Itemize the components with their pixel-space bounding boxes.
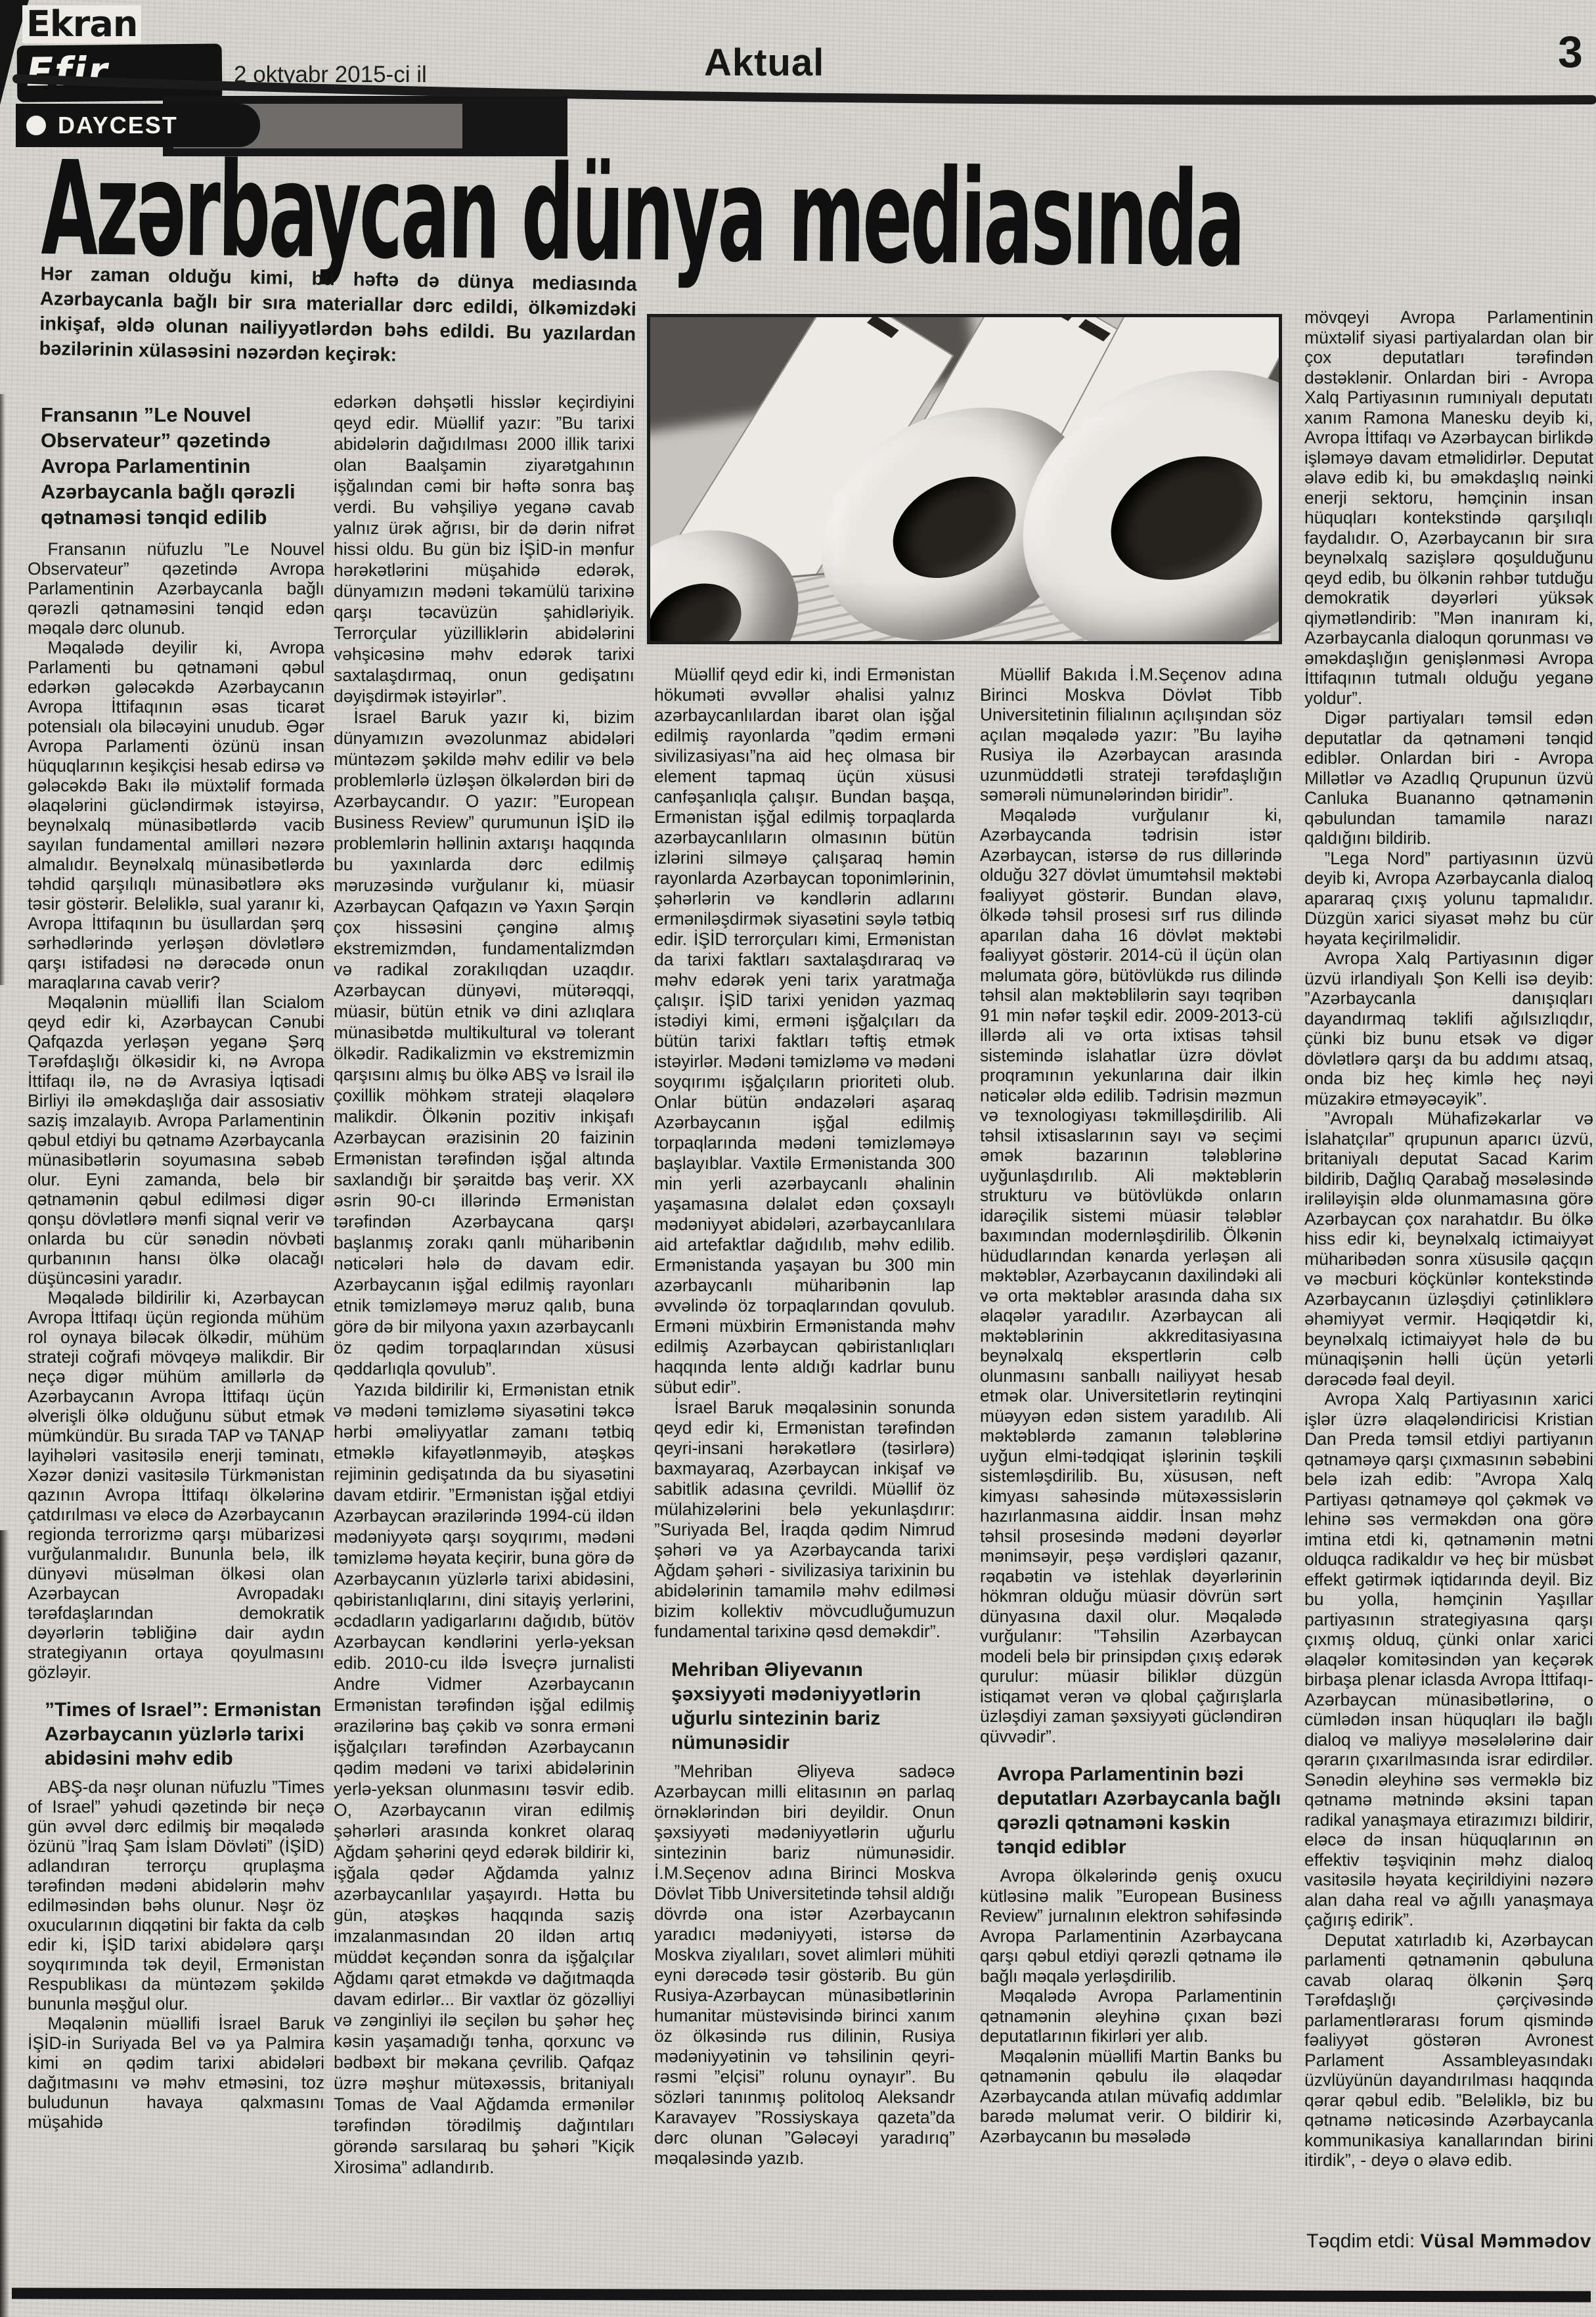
- col3-subheading: Mehriban Əliyevanın şəxsiyyəti mədəniyyə…: [654, 1658, 955, 1755]
- column-1: Fransanın ”Le Nouvel Observateur” qəzeti…: [28, 402, 324, 2279]
- newspapers-photo: [647, 314, 1282, 644]
- headline-smudge: [1043, 314, 1075, 321]
- col5-para: ”Avropalı Mühafizəkarlar və İslahatçılar…: [1304, 1109, 1593, 1389]
- col5-para: Digər partiyaları təmsil edən deputatlar…: [1304, 708, 1593, 849]
- column-2: edərkən dəhşətli hisslər keçirdiyini qey…: [334, 391, 634, 2282]
- scan-edge-artifact: [0, 1530, 9, 2317]
- col5-para: ”Lega Nord” partiyasının üzvü deyib ki, …: [1304, 849, 1593, 949]
- col2-para: edərkən dəhşətli hisslər keçirdiyini qey…: [334, 391, 634, 707]
- col4-para: Məqalədə vurğulanır ki, Azərbaycanda təd…: [980, 805, 1282, 1747]
- col3-para: ”Mehriban Əliyeva sadəcə Azərbaycan mill…: [654, 1761, 955, 2169]
- column-5: mövqeyi Avropa Parlamentinin müxtəlif si…: [1304, 307, 1593, 2220]
- col5-para: mövqeyi Avropa Parlamentinin müxtəlif si…: [1304, 307, 1593, 708]
- newspaper-page: Ekran Efir 2 oktyabr 2015-ci il Aktual 3…: [0, 0, 1596, 2317]
- column-3: Müəllif qeyd edir ki, indi Ermənistan hö…: [654, 665, 955, 2282]
- roll-hole: [647, 569, 754, 644]
- headline-smudge: [832, 314, 864, 317]
- col1-para: Məqalənin müəllifi İsrael Baruk İŞİD-in …: [28, 2014, 324, 2132]
- col1-subheading: ”Times of Israel”: Ermənistan Azərbaycan…: [28, 1698, 324, 1771]
- byline-name: Vüsal Məmmədov: [1421, 2230, 1591, 2252]
- scan-edge-artifact: [0, 394, 5, 985]
- col3-para: Müəllif qeyd edir ki, indi Ermənistan hö…: [654, 665, 955, 1398]
- col2-para: İsrael Baruk yazır ki, bizim dünyamızın …: [334, 707, 634, 1379]
- col4-subheading: Avropa Parlamentinin bəzi deputatları Az…: [980, 1762, 1282, 1859]
- byline-label: Təqdim etdi:: [1306, 2230, 1415, 2252]
- byline: Təqdim etdi: Vüsal Məmmədov: [1304, 2230, 1593, 2253]
- headline-smudge: [1078, 319, 1111, 342]
- col1-para: Məqalədə bildirilir ki, Azərbaycan Avrop…: [28, 1288, 324, 1682]
- roll-hole: [876, 456, 1033, 598]
- roll-hole: [1092, 433, 1282, 603]
- col1-para: Məqalənin müəllifi İlan Scialom qeyd edi…: [28, 992, 324, 1288]
- col5-para: Deputat xatırladıb ki, Azərbaycan parlam…: [1304, 1930, 1593, 2171]
- masthead-logo-ekran: Ekran: [22, 5, 141, 43]
- col1-para: Fransanın nüfuzlu ”Le Nouvel Observateur…: [28, 539, 324, 638]
- col1-heading: Fransanın ”Le Nouvel Observateur” qəzeti…: [28, 402, 324, 530]
- col4-para: Məqalədə Avropa Parlamentinin qətnamənin…: [980, 1986, 1282, 2046]
- column-4: Müəllif Bakıda İ.M.Seçenov adına Birinci…: [980, 665, 1282, 2282]
- bottom-rule: [12, 2287, 1591, 2302]
- col5-para: Avropa Xalq Partiyasının xarici işlər üz…: [1304, 1389, 1593, 1930]
- col1-para: ABŞ-da nəşr olunan nüfuzlu ”Times of Isr…: [28, 1777, 324, 2014]
- col3-para: İsrael Baruk məqaləsinin sonunda qeyd ed…: [654, 1398, 955, 1642]
- col4-para: Müəllif Bakıda İ.M.Seçenov adına Birinci…: [980, 665, 1282, 805]
- col2-para: Yazıda bildirilir ki, Ermənistan etnik v…: [334, 1379, 634, 2178]
- col1-para: Məqalədə deyilir ki, Avropa Parlamenti b…: [28, 638, 324, 992]
- col4-para: Məqalənin müəllifi Martin Banks bu qətna…: [980, 2046, 1282, 2147]
- col5-para: Avropa Xalq Partiyasının digər üzvü irla…: [1304, 948, 1593, 1109]
- col4-para: Avropa ölkələrində geniş oxucu kütləsinə…: [980, 1866, 1282, 1986]
- headline-smudge: [867, 315, 899, 338]
- lead-paragraph: Hər zaman olduğu kimi, bu həftə də dünya…: [39, 261, 637, 372]
